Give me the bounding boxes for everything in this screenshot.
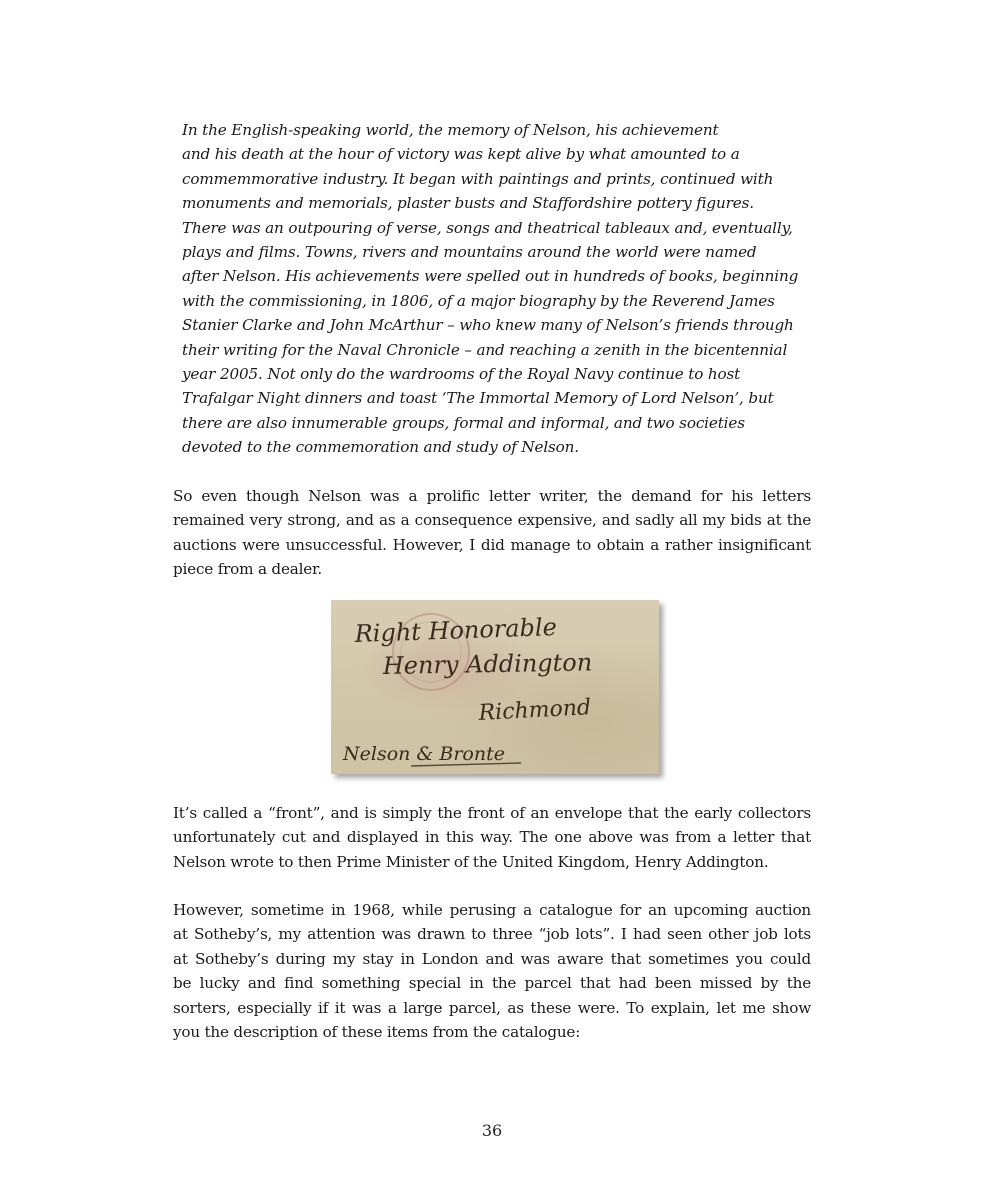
page-number: 36 bbox=[0, 1121, 984, 1140]
paragraph-line: you the description of these items from … bbox=[173, 1020, 811, 1044]
quote-line: after Nelson. His achievements were spel… bbox=[182, 264, 822, 288]
paragraph-letter-demand: So even though Nelson was a prolific let… bbox=[173, 484, 811, 582]
paragraph-sothebys: However, sometime in 1968, while perusin… bbox=[173, 898, 811, 1044]
paragraph-line: unfortunately cut and displayed in this … bbox=[173, 825, 811, 849]
quote-line: and his death at the hour of victory was… bbox=[182, 142, 822, 166]
quote-line: year 2005. Not only do the wardrooms of … bbox=[182, 362, 822, 386]
block-quote: In the English-speaking world, the memor… bbox=[182, 118, 822, 460]
quote-line: devoted to the commemoration and study o… bbox=[182, 435, 822, 459]
paragraph-line: However, sometime in 1968, while perusin… bbox=[173, 898, 811, 922]
paragraph-line: be lucky and find something special in t… bbox=[173, 971, 811, 995]
quote-line: Stanier Clarke and John McArthur – who k… bbox=[182, 313, 822, 337]
handwriting-line-2: Henry Addington bbox=[382, 648, 593, 680]
envelope-front-photo: Right Honorable Henry Addington Richmond… bbox=[331, 600, 659, 774]
paragraph-line: So even though Nelson was a prolific let… bbox=[173, 484, 811, 508]
quote-line: their writing for the Naval Chronicle – … bbox=[182, 338, 822, 362]
quote-line: In the English-speaking world, the memor… bbox=[182, 118, 822, 142]
handwriting-line-1: Right Honorable bbox=[353, 613, 557, 648]
paragraph-line: at Sotheby’s during my stay in London an… bbox=[173, 947, 811, 971]
paragraph-line: remained very strong, and as a consequen… bbox=[173, 508, 811, 532]
paragraph-front-explanation: It’s called a “front”, and is simply the… bbox=[173, 801, 811, 874]
paragraph-line: sorters, especially if it was a large pa… bbox=[173, 996, 811, 1020]
quote-line: There was an outpouring of verse, songs … bbox=[182, 216, 822, 240]
document-page: In the English-speaking world, the memor… bbox=[0, 0, 984, 1200]
quote-line: plays and films. Towns, rivers and mount… bbox=[182, 240, 822, 264]
quote-line: Trafalgar Night dinners and toast ‘The I… bbox=[182, 386, 822, 410]
quote-line: with the commissioning, in 1806, of a ma… bbox=[182, 289, 822, 313]
quote-line: commemmorative industry. It began with p… bbox=[182, 167, 822, 191]
paragraph-line: at Sotheby’s, my attention was drawn to … bbox=[173, 922, 811, 946]
quote-line: there are also innumerable groups, forma… bbox=[182, 411, 822, 435]
handwriting-image: Right Honorable Henry Addington Richmond… bbox=[331, 600, 659, 774]
quote-line: monuments and memorials, plaster busts a… bbox=[182, 191, 822, 215]
paragraph-line: piece from a dealer. bbox=[173, 557, 811, 581]
paragraph-line: auctions were unsuccessful. However, I d… bbox=[173, 533, 811, 557]
paragraph-line: It’s called a “front”, and is simply the… bbox=[173, 801, 811, 825]
handwriting-line-3: Richmond bbox=[477, 695, 592, 726]
paragraph-line: Nelson wrote to then Prime Minister of t… bbox=[173, 850, 811, 874]
handwriting-signature: Nelson & Bronte bbox=[342, 743, 505, 765]
